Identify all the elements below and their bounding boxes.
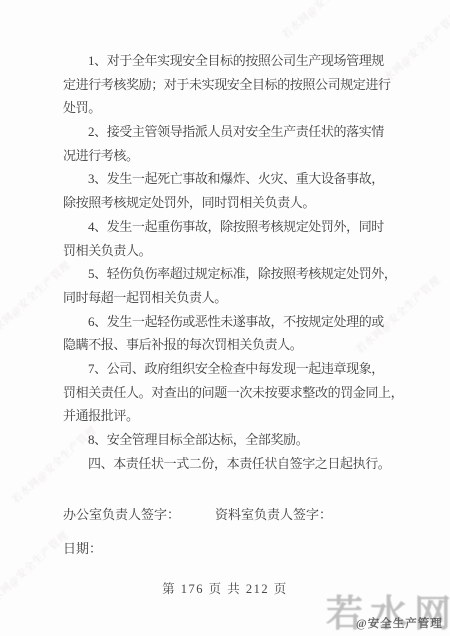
body-line: 罚相关责任人。对查出的问题一次未按要求整改的罚金同上， [63,381,393,405]
document-page: 若水网@安全生产管理 若水网@安全生产管理 若水网@安全生产管理 若水网@安全生… [0,0,450,636]
archive-signature-label: 资料室负责人签字： [215,504,332,523]
diagonal-watermark: 若水网@安全生产管理 [278,0,369,41]
body-line: 2、接受主管领导指派人员对安全生产责任状的落实情 [63,120,393,144]
document-body-lines: 1、对于全年实现安全目标的按照公司生产现场管理规定进行考核奖励；对于未实现安全目… [63,49,393,475]
body-line: 隐瞒不报、事后补报的每次罚相关负责人。 [63,333,393,357]
body-line: 8、安全管理目标全部达标，全部奖励。 [63,428,393,452]
body-line: 7、公司、政府组织安全检查中每发现一起违章现象， [63,357,393,381]
body-line: 四、本责任状一式二份，本责任状自签字之日起执行。 [63,452,393,476]
body-line: 罚相关负责人。 [63,239,393,263]
body-line: 3、发生一起死亡事故和爆炸、火灾、重大设备事故， [63,167,393,191]
diagonal-watermark: 若水网@安全生产管理 [0,527,71,611]
body-line: 5、轻伤负伤率超过规定标准，除按照考核规定处罚外， [63,262,393,286]
body-line: 并通报批评。 [63,404,393,428]
body-line: 6、发生一起轻伤或恶性未遂事故，不按规定处理的或 [63,310,393,334]
body-line: 况进行考核。 [63,144,393,168]
body-line: 同时每超一起罚相关负责人。 [63,286,393,310]
body-line: 除按照考核规定处罚外，同时罚相关负责人。 [63,191,393,215]
date-label: 日期： [63,538,102,557]
body-line: 处罚。 [63,96,393,120]
office-signature-label: 办公室负责人签字： [63,504,215,523]
body-line: 定进行考核奖励；对于未实现安全目标的按照公司规定进行 [63,73,393,97]
site-watermark-handle-text: @安全生产管理 [356,615,443,631]
body-line: 1、对于全年实现安全目标的按照公司生产现场管理规 [63,49,393,73]
site-watermark: 若水网 @安全生产管理 [326,594,450,636]
body-line: 4、发生一起重伤事故，除按照考核规定处罚外，同时 [63,215,393,239]
signature-row: 办公室负责人签字：资料室负责人签字： [63,504,332,523]
